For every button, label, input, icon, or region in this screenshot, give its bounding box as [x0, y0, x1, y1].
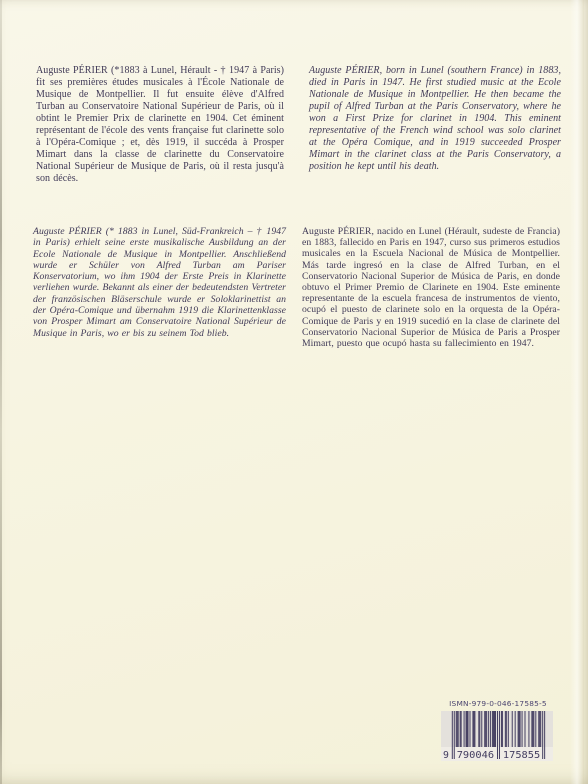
- back-cover-page: Auguste PÉRIER (*1883 à Lunel, Hérault -…: [0, 0, 588, 784]
- svg-text:175855: 175855: [503, 750, 540, 761]
- ean13-barcode: 9790046175855: [441, 711, 553, 761]
- bio-paragraph-french: Auguste PÉRIER (*1883 à Lunel, Hérault -…: [36, 65, 284, 185]
- ismn-number-label: ISMN-979-0-046-17585-5: [441, 699, 555, 708]
- svg-text:790046: 790046: [457, 750, 494, 761]
- svg-text:9: 9: [443, 750, 449, 761]
- bio-paragraph-german: Auguste PÉRIER (* 1883 in Lunel, Süd-Fra…: [33, 226, 286, 339]
- bio-paragraph-spanish: Auguste PÉRIER, nacido en Lunel (Hérault…: [302, 226, 560, 349]
- bio-paragraph-english: Auguste PÉRIER, born in Lunel (southern …: [309, 65, 561, 173]
- barcode-block: ISMN-979-0-046-17585-5 9790046175855: [441, 699, 555, 761]
